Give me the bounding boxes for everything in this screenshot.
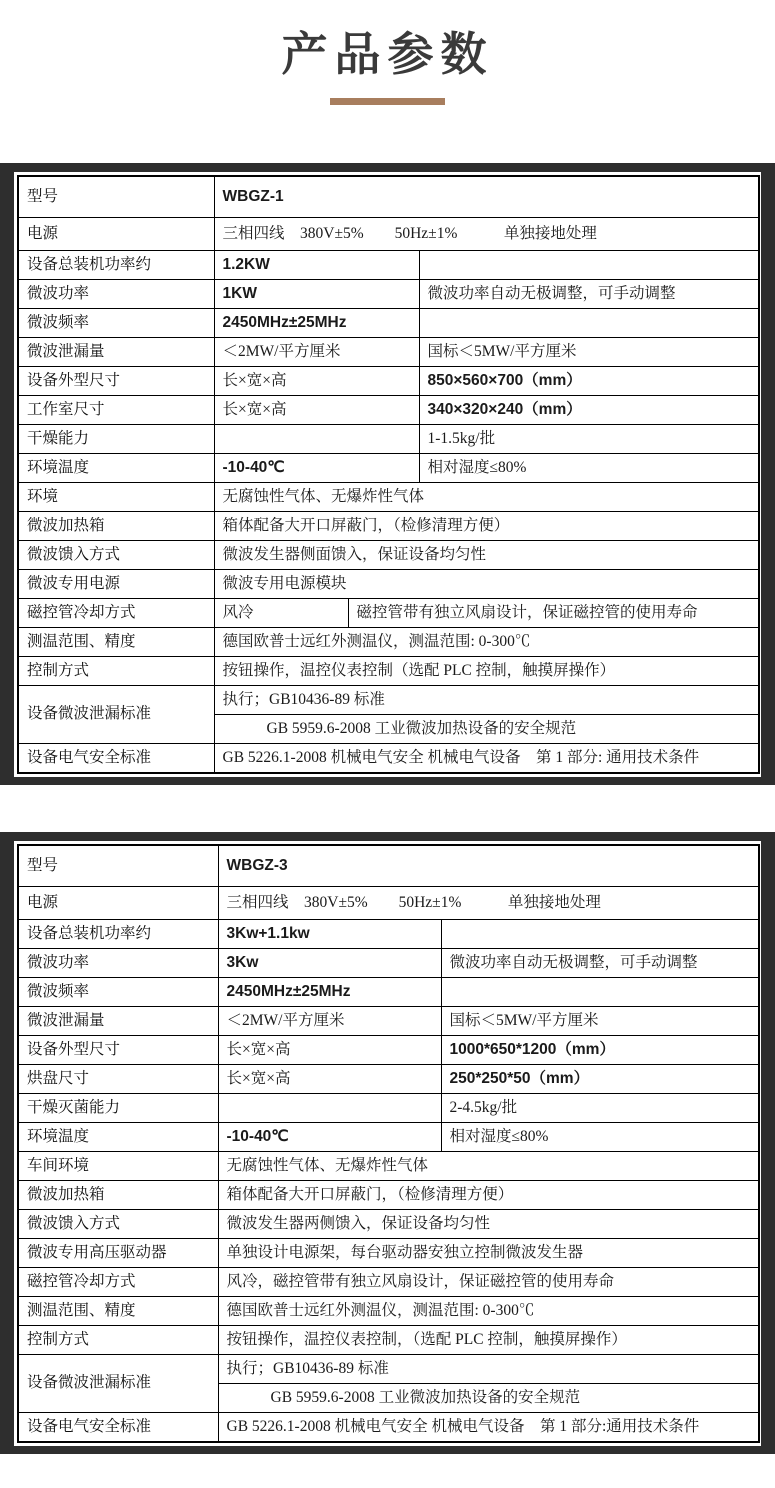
- spec-value: 微波发生器侧面馈入，保证设备均匀性: [214, 541, 759, 570]
- spec-value: 长×宽×高: [218, 1036, 441, 1065]
- spec-row: 微波频率2450MHz±25MHz: [18, 978, 759, 1007]
- spec-row: 微波专用高压驱动器单独设计电源架，每台驱动器安独立控制微波发生器: [18, 1239, 759, 1268]
- spec-label: 设备电气安全标准: [18, 744, 214, 774]
- spec-label: 微波馈入方式: [18, 541, 214, 570]
- spec-value: GB 5226.1-2008 机械电气安全 机械电气设备 第 1 部分:通用技术…: [218, 1413, 759, 1443]
- spec-label: 型号: [18, 845, 218, 887]
- spec-value: 德国欧普士远红外测温仪，测温范围: 0-300℃: [214, 628, 759, 657]
- spec-value: ＜2MW/平方厘米: [214, 338, 419, 367]
- spec-value: 箱体配备大开口屏蔽门，（检修清理方便）: [214, 512, 759, 541]
- spec-label: 微波功率: [18, 280, 214, 309]
- spec-label: 设备微波泄漏标准: [18, 1355, 218, 1413]
- spec-label: 微波专用高压驱动器: [18, 1239, 218, 1268]
- spec-value: [214, 425, 419, 454]
- spec-row: 设备总装机功率约3Kw+1.1kw: [18, 920, 759, 949]
- spec-row: 干燥能力1-1.5kg/批: [18, 425, 759, 454]
- spec-label: 干燥能力: [18, 425, 214, 454]
- spec-label: 测温范围、精度: [18, 1297, 218, 1326]
- spec-row: 环境无腐蚀性气体、无爆炸性气体: [18, 483, 759, 512]
- spec-label: 设备电气安全标准: [18, 1413, 218, 1443]
- spec-value: 风冷，磁控管带有独立风扇设计，保证磁控管的使用寿命: [218, 1268, 759, 1297]
- spec-label: 环境: [18, 483, 214, 512]
- spec-value: GB 5226.1-2008 机械电气安全 机械电气设备 第 1 部分: 通用技…: [214, 744, 759, 774]
- spec-row: 设备总装机功率约1.2KW: [18, 251, 759, 280]
- spec-row: 微波专用电源微波专用电源模块: [18, 570, 759, 599]
- page-header: 产品参数: [0, 0, 775, 163]
- spec-value: 3Kw+1.1kw: [218, 920, 441, 949]
- spec-row: 微波频率2450MHz±25MHz: [18, 309, 759, 338]
- spec-label: 微波功率: [18, 949, 218, 978]
- spec-label: 设备外型尺寸: [18, 1036, 218, 1065]
- spec-value: 执行；GB10436-89 标准: [214, 686, 759, 715]
- spec-label: 微波频率: [18, 978, 218, 1007]
- spec-row: 设备电气安全标准GB 5226.1-2008 机械电气安全 机械电气设备 第 1…: [18, 1413, 759, 1443]
- spec-value: 1000*650*1200（mm）: [441, 1036, 759, 1065]
- spec-label: 烘盘尺寸: [18, 1065, 218, 1094]
- spec-value: 340×320×240（mm）: [419, 396, 759, 425]
- spec-row: 电源三相四线 380V±5% 50Hz±1% 单独接地处理: [18, 887, 759, 920]
- spec-value: 3Kw: [218, 949, 441, 978]
- spec-value: 长×宽×高: [214, 396, 419, 425]
- title-underline-bar: [330, 98, 445, 105]
- spec-row: 控制方式按钮操作，温控仪表控制，（选配 PLC 控制，触摸屏操作）: [18, 1326, 759, 1355]
- spec-row: 型号WBGZ-1: [18, 176, 759, 218]
- spec-label: 控制方式: [18, 1326, 218, 1355]
- spec-value: 长×宽×高: [214, 367, 419, 396]
- spec-value: 微波功率自动无极调整，可手动调整: [419, 280, 759, 309]
- spec-label: 环境温度: [18, 454, 214, 483]
- spec-value: [419, 309, 759, 338]
- spec-value: 国标＜5MW/平方厘米: [441, 1007, 759, 1036]
- spec-label: 设备外型尺寸: [18, 367, 214, 396]
- spec-value: 按钮操作，温控仪表控制，（选配 PLC 控制，触摸屏操作）: [218, 1326, 759, 1355]
- spec-label: 微波频率: [18, 309, 214, 338]
- spec-row: 测温范围、精度德国欧普士远红外测温仪，测温范围: 0-300℃: [18, 628, 759, 657]
- spec-value: 国标＜5MW/平方厘米: [419, 338, 759, 367]
- spec-row: 烘盘尺寸长×宽×高250*250*50（mm）: [18, 1065, 759, 1094]
- spec-label: 型号: [18, 176, 214, 218]
- spec-label: 微波馈入方式: [18, 1210, 218, 1239]
- spec-value: 2-4.5kg/批: [441, 1094, 759, 1123]
- spec-row: 微波加热箱箱体配备大开口屏蔽门，（检修清理方便）: [18, 512, 759, 541]
- spec-row: 设备外型尺寸长×宽×高850×560×700（mm）: [18, 367, 759, 396]
- spec-row: 电源三相四线 380V±5% 50Hz±1% 单独接地处理: [18, 218, 759, 251]
- spec-label: 电源: [18, 887, 218, 920]
- spec-label: 电源: [18, 218, 214, 251]
- spec-row: 设备微波泄漏标准执行；GB10436-89 标准: [18, 686, 759, 715]
- spec-value: 风冷: [214, 599, 348, 628]
- spec-label: 设备总装机功率约: [18, 920, 218, 949]
- spec-value: 850×560×700（mm）: [419, 367, 759, 396]
- spec-value: -10-40℃: [218, 1123, 441, 1152]
- footer-space: [0, 1454, 775, 1488]
- spec-label: 设备微波泄漏标准: [18, 686, 214, 744]
- spec-table-card-1: 型号WBGZ-1电源三相四线 380V±5% 50Hz±1% 单独接地处理设备总…: [14, 172, 761, 777]
- spec-row: 微波功率3Kw微波功率自动无极调整，可手动调整: [18, 949, 759, 978]
- spec-value: 1.2KW: [214, 251, 419, 280]
- spec-value: 德国欧普士远红外测温仪，测温范围: 0-300℃: [218, 1297, 759, 1326]
- spec-label: 磁控管冷却方式: [18, 1268, 218, 1297]
- spec-label: 工作室尺寸: [18, 396, 214, 425]
- spec-value: WBGZ-1: [214, 176, 759, 218]
- spec-row: 环境温度-10-40℃相对湿度≤80%: [18, 454, 759, 483]
- spec-value: 250*250*50（mm）: [441, 1065, 759, 1094]
- spec-row: 设备电气安全标准GB 5226.1-2008 机械电气安全 机械电气设备 第 1…: [18, 744, 759, 774]
- spec-row: 设备外型尺寸长×宽×高1000*650*1200（mm）: [18, 1036, 759, 1065]
- spec-value: 执行；GB10436-89 标准: [218, 1355, 759, 1384]
- spec-value: 微波发生器两侧馈入，保证设备均匀性: [218, 1210, 759, 1239]
- spec-label: 微波泄漏量: [18, 1007, 218, 1036]
- spec-value: ＜2MW/平方厘米: [218, 1007, 441, 1036]
- spec-row: 微波馈入方式微波发生器侧面馈入，保证设备均匀性: [18, 541, 759, 570]
- spec-row: 控制方式按钮操作，温控仪表控制（选配 PLC 控制，触摸屏操作）: [18, 657, 759, 686]
- spec-value: WBGZ-3: [218, 845, 759, 887]
- spec-label: 微波加热箱: [18, 512, 214, 541]
- spec-row: 微波泄漏量＜2MW/平方厘米国标＜5MW/平方厘米: [18, 338, 759, 367]
- spec-value: 按钮操作，温控仪表控制（选配 PLC 控制，触摸屏操作）: [214, 657, 759, 686]
- spec-row: 磁控管冷却方式风冷磁控管带有独立风扇设计，保证磁控管的使用寿命: [18, 599, 759, 628]
- spec-row: 磁控管冷却方式风冷，磁控管带有独立风扇设计，保证磁控管的使用寿命: [18, 1268, 759, 1297]
- spec-value: 箱体配备大开口屏蔽门，（检修清理方便）: [218, 1181, 759, 1210]
- spec-table-2: 型号WBGZ-3电源三相四线 380V±5% 50Hz±1% 单独接地处理设备总…: [17, 844, 760, 1443]
- spec-value: 长×宽×高: [218, 1065, 441, 1094]
- spec-value: 2450MHz±25MHz: [214, 309, 419, 338]
- page-title: 产品参数: [0, 0, 775, 82]
- spec-row: 环境温度-10-40℃相对湿度≤80%: [18, 1123, 759, 1152]
- spec-value: 1-1.5kg/批: [419, 425, 759, 454]
- spec-label: 环境温度: [18, 1123, 218, 1152]
- spec-table-1: 型号WBGZ-1电源三相四线 380V±5% 50Hz±1% 单独接地处理设备总…: [17, 175, 760, 774]
- spec-row: 微波泄漏量＜2MW/平方厘米国标＜5MW/平方厘米: [18, 1007, 759, 1036]
- spec-panel-wbgz-3: 型号WBGZ-3电源三相四线 380V±5% 50Hz±1% 单独接地处理设备总…: [0, 832, 775, 1454]
- spec-value: 三相四线 380V±5% 50Hz±1% 单独接地处理: [218, 887, 759, 920]
- spec-value: [441, 920, 759, 949]
- spec-value: 相对湿度≤80%: [419, 454, 759, 483]
- spec-value: 无腐蚀性气体、无爆炸性气体: [218, 1152, 759, 1181]
- spec-row: 设备微波泄漏标准执行；GB10436-89 标准: [18, 1355, 759, 1384]
- spec-value: GB 5959.6-2008 工业微波加热设备的安全规范: [218, 1384, 759, 1413]
- spec-row: 干燥灭菌能力2-4.5kg/批: [18, 1094, 759, 1123]
- spec-label: 设备总装机功率约: [18, 251, 214, 280]
- spec-value: 微波功率自动无极调整，可手动调整: [441, 949, 759, 978]
- spec-value: 1KW: [214, 280, 419, 309]
- spec-table-card-2: 型号WBGZ-3电源三相四线 380V±5% 50Hz±1% 单独接地处理设备总…: [14, 841, 761, 1446]
- spec-value: -10-40℃: [214, 454, 419, 483]
- spec-value: 相对湿度≤80%: [441, 1123, 759, 1152]
- spec-label: 测温范围、精度: [18, 628, 214, 657]
- spec-label: 磁控管冷却方式: [18, 599, 214, 628]
- spec-value: [218, 1094, 441, 1123]
- spec-label: 车间环境: [18, 1152, 218, 1181]
- spec-label: 控制方式: [18, 657, 214, 686]
- spec-label: 微波加热箱: [18, 1181, 218, 1210]
- spec-value: 三相四线 380V±5% 50Hz±1% 单独接地处理: [214, 218, 759, 251]
- spec-value: 微波专用电源模块: [214, 570, 759, 599]
- spec-row: 车间环境无腐蚀性气体、无爆炸性气体: [18, 1152, 759, 1181]
- spec-value: GB 5959.6-2008 工业微波加热设备的安全规范: [214, 715, 759, 744]
- spec-value: 2450MHz±25MHz: [218, 978, 441, 1007]
- spec-row: 型号WBGZ-3: [18, 845, 759, 887]
- spec-row: 测温范围、精度德国欧普士远红外测温仪，测温范围: 0-300℃: [18, 1297, 759, 1326]
- spec-value: 无腐蚀性气体、无爆炸性气体: [214, 483, 759, 512]
- spec-value: [419, 251, 759, 280]
- spec-row: 工作室尺寸长×宽×高340×320×240（mm）: [18, 396, 759, 425]
- spec-label: 微波泄漏量: [18, 338, 214, 367]
- spec-row: 微波馈入方式微波发生器两侧馈入，保证设备均匀性: [18, 1210, 759, 1239]
- spec-label: 微波专用电源: [18, 570, 214, 599]
- spec-value: [441, 978, 759, 1007]
- spec-row: 微波功率1KW微波功率自动无极调整，可手动调整: [18, 280, 759, 309]
- spec-panel-wbgz-1: 型号WBGZ-1电源三相四线 380V±5% 50Hz±1% 单独接地处理设备总…: [0, 163, 775, 785]
- spec-label: 干燥灭菌能力: [18, 1094, 218, 1123]
- spec-value: 磁控管带有独立风扇设计，保证磁控管的使用寿命: [348, 599, 759, 628]
- spec-value: 单独设计电源架，每台驱动器安独立控制微波发生器: [218, 1239, 759, 1268]
- spec-row: 微波加热箱箱体配备大开口屏蔽门，（检修清理方便）: [18, 1181, 759, 1210]
